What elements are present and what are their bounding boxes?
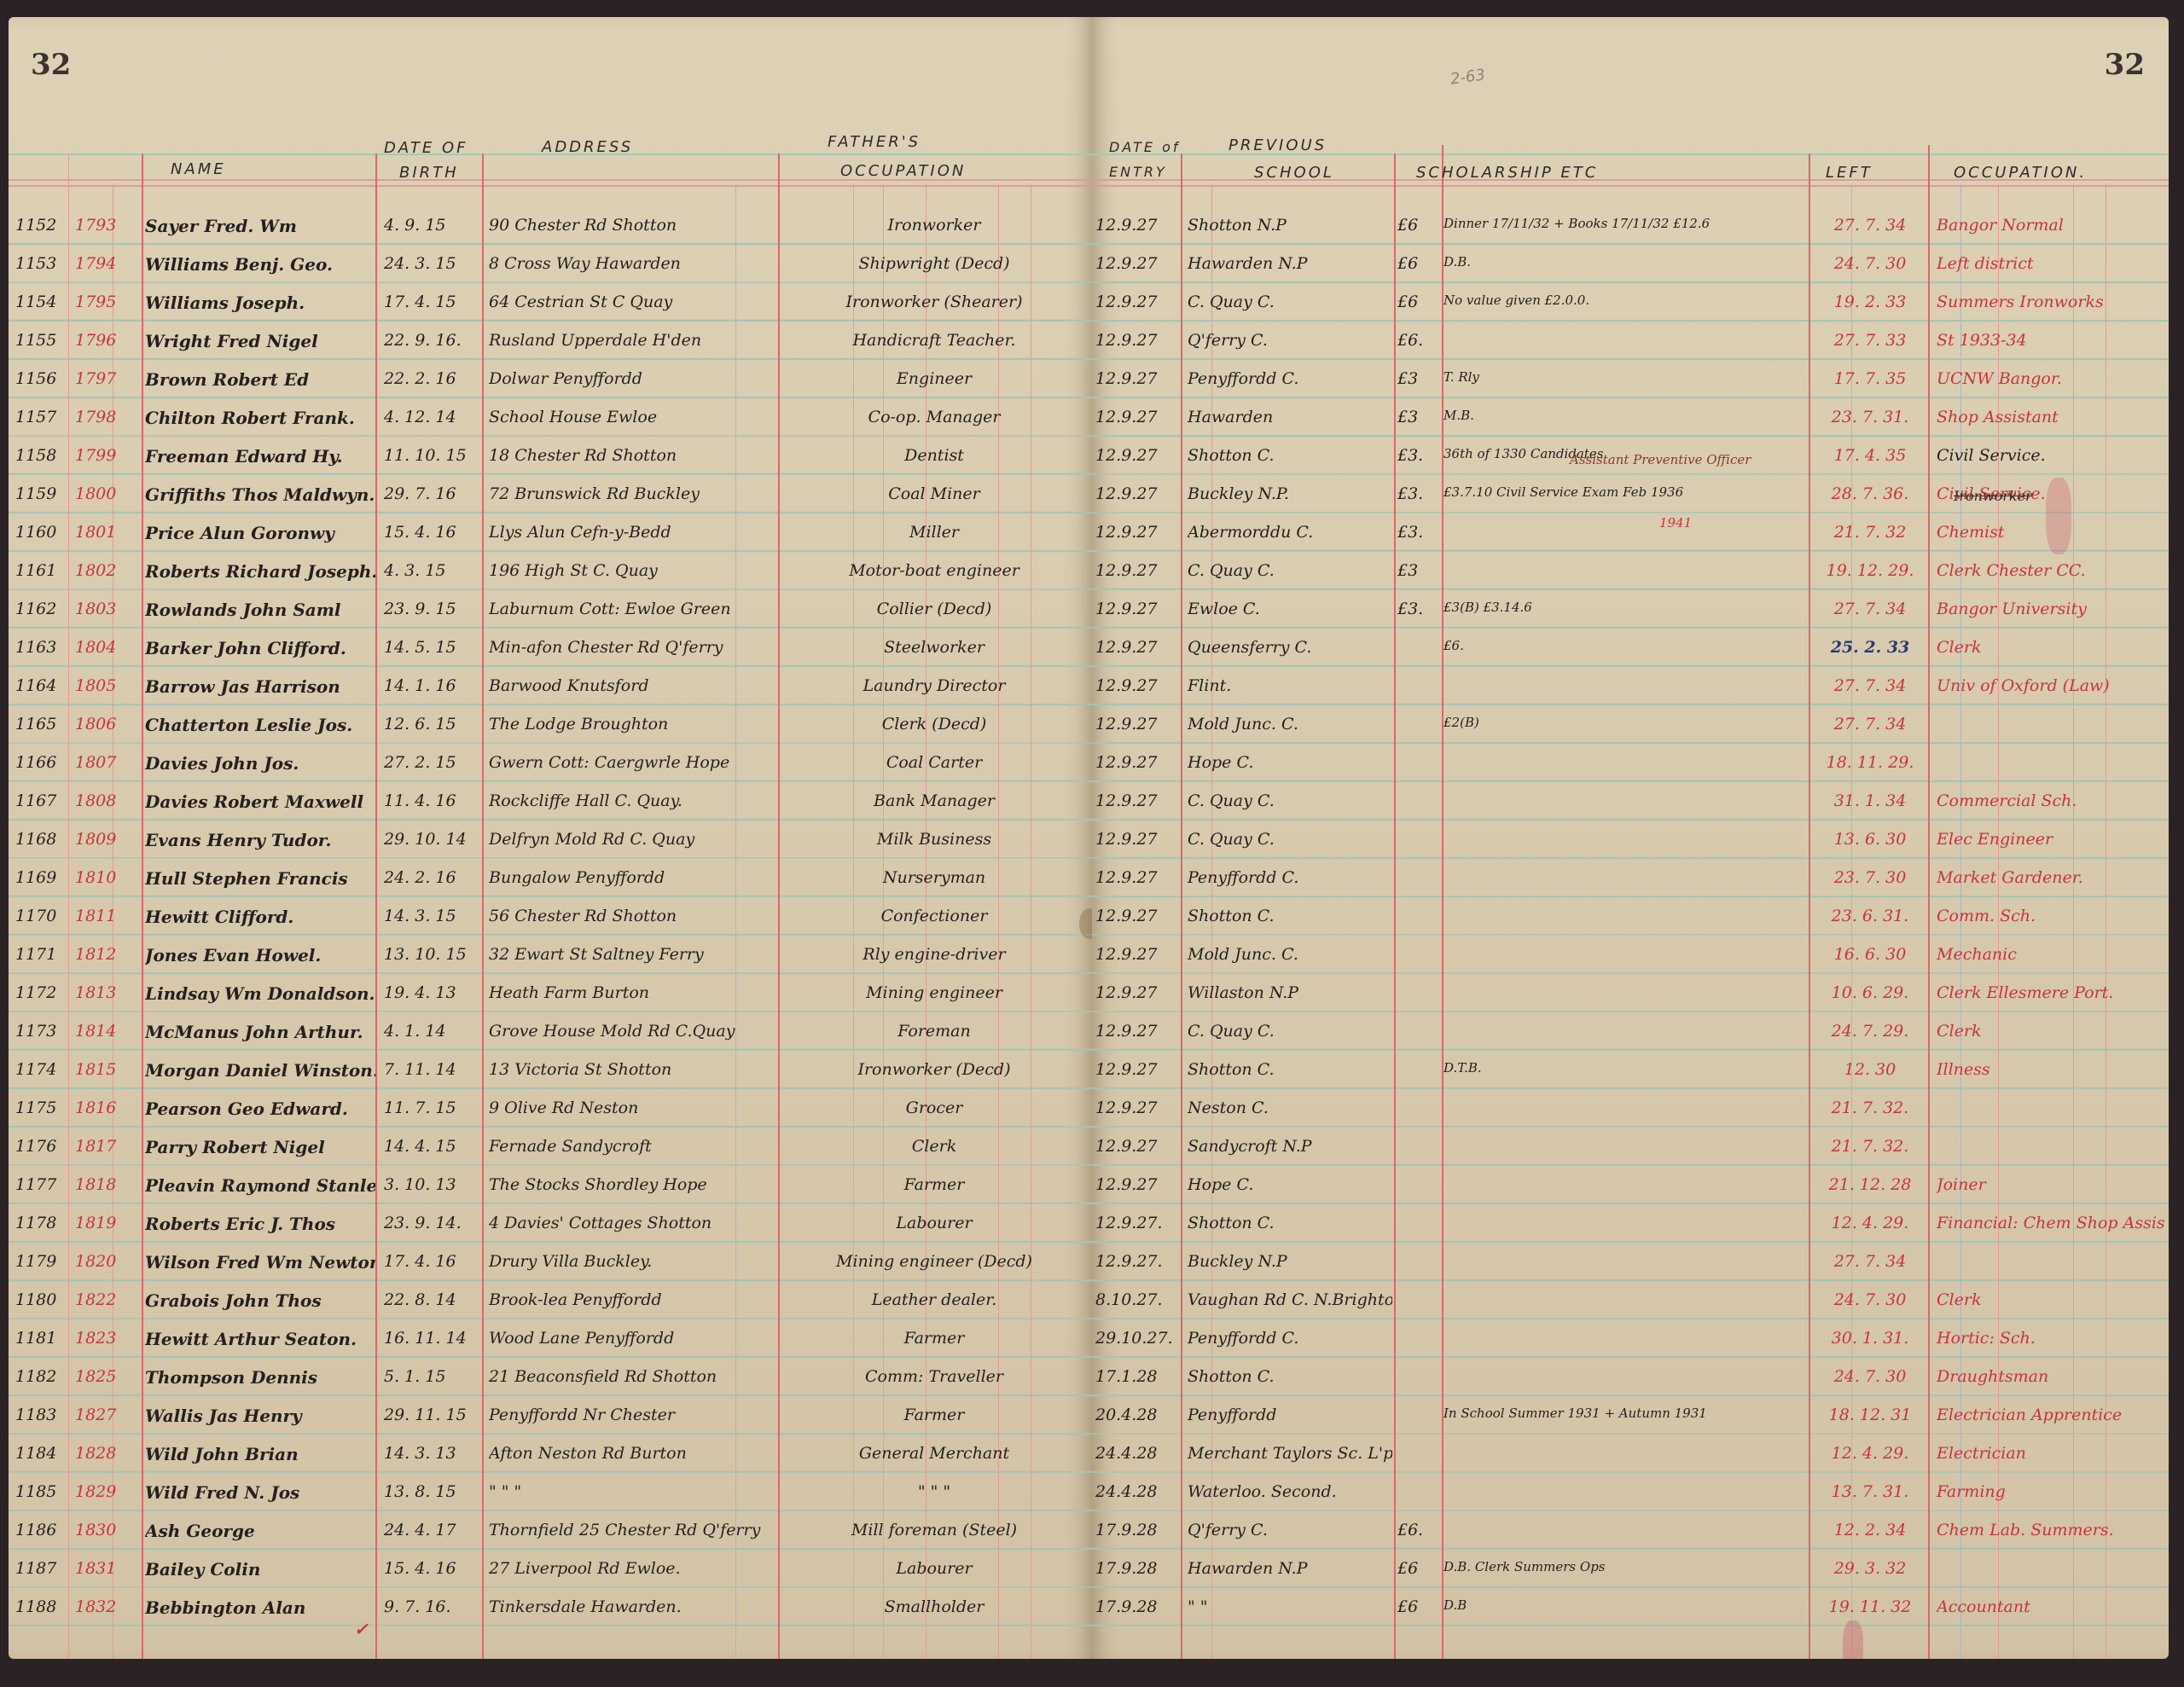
table-row: 11841828Wild John Brian14. 3. 13Afton Ne… bbox=[9, 1437, 1092, 1475]
subsequent-occupation: Elec Engineer bbox=[1937, 830, 2165, 849]
date-left: 29. 3. 32 bbox=[1810, 1559, 1930, 1578]
pupil-name: Wright Fred Nigel bbox=[145, 331, 375, 351]
date-of-entry: 12.9.27 bbox=[1095, 561, 1181, 580]
annotation-struck-occupation: Ironworker bbox=[1954, 488, 2032, 504]
date-left: 21. 7. 32. bbox=[1810, 1099, 1930, 1117]
father-occupation: Mining engineer bbox=[789, 983, 1079, 1002]
previous-school: Willaston N.P bbox=[1188, 983, 1392, 1002]
date-of-birth: 14. 1. 16 bbox=[384, 676, 479, 695]
admission-number: 1806 bbox=[75, 715, 142, 733]
date-of-birth: 11. 10. 15 bbox=[384, 446, 479, 465]
father-occupation: Engineer bbox=[789, 369, 1079, 388]
register-number: 1187 bbox=[15, 1559, 68, 1578]
date-of-entry: 12.9.27 bbox=[1095, 600, 1181, 618]
previous-school: Hawarden N.P bbox=[1188, 1559, 1392, 1578]
subsequent-occupation: Mechanic bbox=[1937, 945, 2165, 964]
date-of-entry: 17.9.28 bbox=[1095, 1597, 1181, 1616]
father-occupation: Coal Miner bbox=[789, 484, 1079, 503]
pupil-name: Roberts Eric J. Thos bbox=[145, 1214, 375, 1234]
fee: £6 bbox=[1397, 293, 1440, 311]
date-of-birth: 4. 3. 15 bbox=[384, 561, 479, 580]
admission-number: 1805 bbox=[75, 676, 142, 695]
date-of-birth: 29. 7. 16 bbox=[384, 484, 479, 503]
father-occupation: Miller bbox=[789, 523, 1079, 542]
previous-school: Abermorddu C. bbox=[1188, 523, 1392, 542]
date-of-birth: 13. 8. 15 bbox=[384, 1482, 479, 1501]
date-of-entry: 12.9.27 bbox=[1095, 638, 1181, 657]
previous-school: Hawarden bbox=[1188, 408, 1392, 426]
pupil-name: Pleavin Raymond Stanley bbox=[145, 1175, 375, 1196]
table-row: 12.9.27.Buckley N.P27. 7. 34 bbox=[1092, 1245, 2169, 1284]
red-ink-blot bbox=[2046, 478, 2071, 554]
register-number: 1171 bbox=[15, 945, 68, 964]
date-left: 19. 11. 32 bbox=[1810, 1597, 1930, 1616]
father-occupation: Confectioner bbox=[789, 907, 1079, 925]
table-row: 12.9.27.Shotton C.12. 4. 29.Financial: C… bbox=[1092, 1207, 2169, 1245]
table-row: 11771818Pleavin Raymond Stanley3. 10. 13… bbox=[9, 1168, 1092, 1207]
date-left: 19. 2. 33 bbox=[1810, 293, 1930, 311]
date-of-entry: 12.9.27 bbox=[1095, 369, 1181, 388]
date-of-birth: 24. 2. 16 bbox=[384, 868, 479, 887]
table-row: 11671808Davies Robert Maxwell11. 4. 16Ro… bbox=[9, 785, 1092, 823]
table-row: 12.9.27Ewloe C.£3.£3(B) £3.14.627. 7. 34… bbox=[1092, 593, 2169, 631]
register-number: 1178 bbox=[15, 1214, 68, 1232]
pupil-name: Parry Robert Nigel bbox=[145, 1137, 375, 1157]
register-number: 1164 bbox=[15, 676, 68, 695]
scholarship: £2(B) bbox=[1443, 715, 1810, 730]
table-row: 12.9.27Willaston N.P10. 6. 29.Clerk Elle… bbox=[1092, 977, 2169, 1015]
subsequent-occupation: Summers Ironworks bbox=[1937, 293, 2165, 311]
date-left: 12. 4. 29. bbox=[1810, 1214, 1930, 1232]
admission-number: 1825 bbox=[75, 1367, 142, 1386]
admission-number: 1815 bbox=[75, 1060, 142, 1079]
date-of-birth: 3. 10. 13 bbox=[384, 1175, 479, 1194]
father-occupation: Coal Carter bbox=[789, 753, 1079, 772]
table-row: 11711812Jones Evan Howel.13. 10. 1532 Ew… bbox=[9, 938, 1092, 977]
previous-school: Hope C. bbox=[1188, 1175, 1392, 1194]
table-row: 11561797Brown Robert Ed22. 2. 16Dolwar P… bbox=[9, 362, 1092, 401]
date-left: 27. 7. 34 bbox=[1810, 600, 1930, 618]
fee: £6. bbox=[1397, 1521, 1440, 1539]
admission-number: 1807 bbox=[75, 753, 142, 772]
father-occupation: General Merchant bbox=[789, 1444, 1079, 1463]
register-number: 1156 bbox=[15, 369, 68, 388]
admission-number: 1793 bbox=[75, 216, 142, 235]
scholarship: In School Summer 1931 + Autumn 1931 bbox=[1443, 1406, 1810, 1421]
register-number: 1181 bbox=[15, 1329, 68, 1348]
table-row: 11641805Barrow Jas Harrison14. 1. 16Barw… bbox=[9, 670, 1092, 708]
column-header-address: ADDRESS bbox=[542, 138, 633, 156]
previous-school: Merchant Taylors Sc. L'pool. bbox=[1188, 1444, 1392, 1463]
address: Dolwar Penyffordd bbox=[489, 369, 779, 388]
subsequent-occupation: Market Gardener. bbox=[1937, 868, 2165, 887]
date-of-entry: 12.9.27. bbox=[1095, 1214, 1181, 1232]
subsequent-occupation: Electrician bbox=[1937, 1444, 2165, 1463]
scholarship: £3(B) £3.14.6 bbox=[1443, 600, 1810, 615]
date-of-birth: 12. 6. 15 bbox=[384, 715, 479, 733]
header-double-red-rule bbox=[9, 179, 1092, 187]
date-of-birth: 4. 9. 15 bbox=[384, 216, 479, 235]
red-mark: ✓ bbox=[354, 1619, 369, 1639]
pupil-name: Grabois John Thos bbox=[145, 1290, 375, 1311]
table-row: 11761817Parry Robert Nigel14. 4. 15Ferna… bbox=[9, 1130, 1092, 1168]
date-of-birth: 23. 9. 14. bbox=[384, 1214, 479, 1232]
previous-school: Penyffordd C. bbox=[1188, 868, 1392, 887]
date-left: 18. 12. 31 bbox=[1810, 1406, 1930, 1424]
previous-school: Shotton C. bbox=[1188, 1060, 1392, 1079]
date-of-birth: 24. 4. 17 bbox=[384, 1521, 479, 1539]
admission-number: 1798 bbox=[75, 408, 142, 426]
date-left: 27. 7. 34 bbox=[1810, 1252, 1930, 1271]
column-header-left: LEFT bbox=[1826, 164, 1873, 182]
address: 64 Cestrian St C Quay bbox=[489, 293, 779, 311]
address: The Lodge Broughton bbox=[489, 715, 779, 733]
pupil-name: Williams Joseph. bbox=[145, 293, 375, 313]
register-number: 1176 bbox=[15, 1137, 68, 1156]
table-row: 11871831Bailey Colin15. 4. 1627 Liverpoo… bbox=[9, 1552, 1092, 1591]
table-row: 11701811Hewitt Clifford.14. 3. 1556 Ches… bbox=[9, 900, 1092, 938]
register-number: 1153 bbox=[15, 254, 68, 273]
table-row: 11781819Roberts Eric J. Thos23. 9. 14.4 … bbox=[9, 1207, 1092, 1245]
register-number: 1154 bbox=[15, 293, 68, 311]
admission-number: 1830 bbox=[75, 1521, 142, 1539]
table-row: 11721813Lindsay Wm Donaldson.19. 4. 13He… bbox=[9, 977, 1092, 1015]
date-of-entry: 12.9.27 bbox=[1095, 1060, 1181, 1079]
previous-school: Queensferry C. bbox=[1188, 638, 1392, 657]
table-row: 12.9.27C. Quay C.31. 1. 34Commercial Sch… bbox=[1092, 785, 2169, 823]
subsequent-occupation: Commercial Sch. bbox=[1937, 791, 2165, 810]
pupil-name: Lindsay Wm Donaldson. bbox=[145, 983, 375, 1004]
pupil-name: Barker John Clifford. bbox=[145, 638, 375, 658]
date-of-birth: 24. 3. 15 bbox=[384, 254, 479, 273]
table-row: 11611802Roberts Richard Joseph.4. 3. 151… bbox=[9, 554, 1092, 593]
previous-school: Buckley N.P bbox=[1188, 1252, 1392, 1271]
left-page: 32 NAME DATE OF BIRTH ADDRESS FATHER'S O… bbox=[9, 17, 1092, 1659]
date-of-entry: 12.9.27 bbox=[1095, 945, 1181, 964]
table-row: 11621803Rowlands John Saml23. 9. 15Labur… bbox=[9, 593, 1092, 631]
subsequent-occupation: Joiner bbox=[1937, 1175, 2165, 1194]
pupil-name: Roberts Richard Joseph. bbox=[145, 561, 375, 582]
table-row: 12.9.27Hawarden N.P£6D.B.24. 7. 30Left d… bbox=[1092, 247, 2169, 286]
previous-school: Shotton C. bbox=[1188, 1214, 1392, 1232]
admission-number: 1820 bbox=[75, 1252, 142, 1271]
date-left: 31. 1. 34 bbox=[1810, 791, 1930, 810]
pupil-name: Ash George bbox=[145, 1521, 375, 1541]
pupil-name: Freeman Edward Hy. bbox=[145, 446, 375, 467]
subsequent-occupation: Clerk Ellesmere Port. bbox=[1937, 983, 2165, 1002]
admission-number: 1822 bbox=[75, 1290, 142, 1309]
previous-school: Penyffordd C. bbox=[1188, 369, 1392, 388]
fee: £3 bbox=[1397, 369, 1440, 388]
pupil-name: Chatterton Leslie Jos. bbox=[145, 715, 375, 735]
address: Wood Lane Penyffordd bbox=[489, 1329, 779, 1348]
fee: £3. bbox=[1397, 523, 1440, 542]
date-of-entry: 17.1.28 bbox=[1095, 1367, 1181, 1386]
register-number: 1167 bbox=[15, 791, 68, 810]
date-of-entry: 24.4.28 bbox=[1095, 1444, 1181, 1463]
address: Llys Alun Cefn-y-Bedd bbox=[489, 523, 779, 542]
previous-school: Hawarden N.P bbox=[1188, 254, 1392, 273]
date-of-entry: 12.9.27 bbox=[1095, 715, 1181, 733]
admission-number: 1796 bbox=[75, 331, 142, 350]
pupil-name: Sayer Fred. Wm bbox=[145, 216, 375, 236]
father-occupation: Grocer bbox=[789, 1099, 1079, 1117]
register-number: 1174 bbox=[15, 1060, 68, 1079]
previous-school: Waterloo. Second. bbox=[1188, 1482, 1392, 1501]
previous-school: Penyffordd bbox=[1188, 1406, 1392, 1424]
date-of-birth: 17. 4. 16 bbox=[384, 1252, 479, 1271]
address: 90 Chester Rd Shotton bbox=[489, 216, 779, 235]
admission-number: 1800 bbox=[75, 484, 142, 503]
father-occupation: Leather dealer. bbox=[789, 1290, 1079, 1309]
date-of-entry: 12.9.27 bbox=[1095, 676, 1181, 695]
admission-number: 1795 bbox=[75, 293, 142, 311]
register-number: 1152 bbox=[15, 216, 68, 235]
subsequent-occupation: Hortic: Sch. bbox=[1937, 1329, 2165, 1348]
register-number: 1175 bbox=[15, 1099, 68, 1117]
father-occupation: Shipwright (Decd) bbox=[789, 254, 1079, 273]
admission-number: 1823 bbox=[75, 1329, 142, 1348]
father-occupation: Bank Manager bbox=[789, 791, 1079, 810]
register-number: 1186 bbox=[15, 1521, 68, 1539]
father-occupation: Labourer bbox=[789, 1559, 1079, 1578]
date-left: 24. 7. 30 bbox=[1810, 1367, 1930, 1386]
admission-number: 1799 bbox=[75, 446, 142, 465]
admission-number: 1817 bbox=[75, 1137, 142, 1156]
register-number: 1169 bbox=[15, 868, 68, 887]
date-left: 17. 7. 35 bbox=[1810, 369, 1930, 388]
table-row: 12.9.27Sandycroft N.P21. 7. 32. bbox=[1092, 1130, 2169, 1168]
previous-school: C. Quay C. bbox=[1188, 830, 1392, 849]
father-occupation: Labourer bbox=[789, 1214, 1079, 1232]
register-number: 1188 bbox=[15, 1597, 68, 1616]
fee: £3. bbox=[1397, 446, 1440, 465]
date-of-entry: 12.9.27 bbox=[1095, 293, 1181, 311]
address: Delfryn Mold Rd C. Quay bbox=[489, 830, 779, 849]
column-header-school-top: PREVIOUS bbox=[1228, 136, 1327, 154]
father-occupation: Farmer bbox=[789, 1406, 1079, 1424]
admission-number: 1813 bbox=[75, 983, 142, 1002]
previous-school: C. Quay C. bbox=[1188, 293, 1392, 311]
table-row: 11631804Barker John Clifford.14. 5. 15Mi… bbox=[9, 631, 1092, 670]
pupil-name: Bailey Colin bbox=[145, 1559, 375, 1580]
previous-school: Shotton C. bbox=[1188, 446, 1392, 465]
pupil-name: Wallis Jas Henry bbox=[145, 1406, 375, 1426]
register-number: 1177 bbox=[15, 1175, 68, 1194]
pupil-name: Price Alun Goronwy bbox=[145, 523, 375, 543]
date-of-entry: 12.9.27 bbox=[1095, 830, 1181, 849]
admission-number: 1828 bbox=[75, 1444, 142, 1463]
previous-school: C. Quay C. bbox=[1188, 1022, 1392, 1041]
previous-school: Mold Junc. C. bbox=[1188, 945, 1392, 964]
address: Laburnum Cott: Ewloe Green bbox=[489, 600, 779, 618]
table-row: 17.1.28Shotton C.24. 7. 30Draughtsman bbox=[1092, 1360, 2169, 1399]
date-of-birth: 16. 11. 14 bbox=[384, 1329, 479, 1348]
right-page-number: 32 bbox=[2105, 48, 2145, 82]
pupil-name: Wild Fred N. Jos bbox=[145, 1482, 375, 1503]
pupil-name: Bebbington Alan bbox=[145, 1597, 375, 1618]
table-row: 11861830Ash George24. 4. 17Thornfield 25… bbox=[9, 1514, 1092, 1552]
table-row: 12.9.27Neston C.21. 7. 32. bbox=[1092, 1092, 2169, 1130]
date-of-entry: 12.9.27 bbox=[1095, 1175, 1181, 1194]
date-left: 23. 6. 31. bbox=[1810, 907, 1930, 925]
column-header-dob-top: DATE OF bbox=[384, 139, 468, 157]
register-number: 1159 bbox=[15, 484, 68, 503]
table-row: 11731814McManus John Arthur.4. 1. 14Grov… bbox=[9, 1015, 1092, 1053]
annotation-assistant-preventive-officer: Assistant Preventive Officer bbox=[1570, 452, 1751, 467]
pupil-name: Hull Stephen Francis bbox=[145, 868, 375, 889]
date-left: 28. 7. 36. bbox=[1810, 484, 1930, 503]
pencil-note: 2-63 bbox=[1449, 66, 1486, 88]
subsequent-occupation: Illness bbox=[1937, 1060, 2165, 1079]
pupil-name: Rowlands John Saml bbox=[145, 600, 375, 620]
father-occupation: Motor-boat engineer bbox=[789, 561, 1079, 580]
subsequent-occupation: Clerk Chester CC. bbox=[1937, 561, 2165, 580]
admission-number: 1802 bbox=[75, 561, 142, 580]
date-of-birth: 17. 4. 15 bbox=[384, 293, 479, 311]
table-row: 11681809Evans Henry Tudor.29. 10. 14Delf… bbox=[9, 823, 1092, 861]
table-row: 29.10.27.Penyffordd C.30. 1. 31.Hortic: … bbox=[1092, 1322, 2169, 1360]
date-of-birth: 13. 10. 15 bbox=[384, 945, 479, 964]
subsequent-occupation: Left district bbox=[1937, 254, 2165, 273]
pupil-name: Wild John Brian bbox=[145, 1444, 375, 1464]
scholarship: Dinner 17/11/32 + Books 17/11/32 £12.6 bbox=[1443, 216, 1810, 231]
father-occupation: Smallholder bbox=[789, 1597, 1079, 1616]
admission-number: 1794 bbox=[75, 254, 142, 273]
table-row: 24.4.28Merchant Taylors Sc. L'pool.12. 4… bbox=[1092, 1437, 2169, 1475]
address: Grove House Mold Rd C.Quay bbox=[489, 1022, 779, 1041]
admission-number: 1803 bbox=[75, 600, 142, 618]
admission-number: 1832 bbox=[75, 1597, 142, 1616]
date-left: 25. 2. 33 bbox=[1810, 638, 1930, 657]
address: Min-afon Chester Rd Q'ferry bbox=[489, 638, 779, 657]
father-occupation: Ironworker (Shearer) bbox=[789, 293, 1079, 311]
column-header-father-bottom: OCCUPATION bbox=[840, 162, 966, 180]
pupil-name: Williams Benj. Geo. bbox=[145, 254, 375, 275]
table-row: 11581799Freeman Edward Hy.11. 10. 1518 C… bbox=[9, 439, 1092, 478]
pupil-name: Hewitt Arthur Seaton. bbox=[145, 1329, 375, 1349]
address: 13 Victoria St Shotton bbox=[489, 1060, 779, 1079]
subsequent-occupation: St 1933-34 bbox=[1937, 331, 2165, 350]
address: " " " bbox=[489, 1482, 779, 1501]
subsequent-occupation: Bangor Normal bbox=[1937, 216, 2165, 235]
admission-number: 1810 bbox=[75, 868, 142, 887]
previous-school: Hope C. bbox=[1188, 753, 1392, 772]
column-header-father-top: FATHER'S bbox=[828, 133, 921, 151]
father-occupation: Foreman bbox=[789, 1022, 1079, 1041]
date-left: 16. 6. 30 bbox=[1810, 945, 1930, 964]
previous-school: Neston C. bbox=[1188, 1099, 1392, 1117]
previous-school: Shotton N.P bbox=[1188, 216, 1392, 235]
scholarship: M.B. bbox=[1443, 408, 1810, 423]
admission-number: 1819 bbox=[75, 1214, 142, 1232]
date-of-entry: 17.9.28 bbox=[1095, 1559, 1181, 1578]
address: 32 Ewart St Saltney Ferry bbox=[489, 945, 779, 964]
table-row: 12.9.27C. Quay C.£6No value given £2.0.0… bbox=[1092, 286, 2169, 324]
date-left: 23. 7. 30 bbox=[1810, 868, 1930, 887]
date-left: 30. 1. 31. bbox=[1810, 1329, 1930, 1348]
date-of-entry: 29.10.27. bbox=[1095, 1329, 1181, 1348]
address: The Stocks Shordley Hope bbox=[489, 1175, 779, 1194]
table-row: 11741815Morgan Daniel Winston.7. 11. 141… bbox=[9, 1053, 1092, 1092]
address: 8 Cross Way Hawarden bbox=[489, 254, 779, 273]
red-ink-blot bbox=[1843, 1620, 1863, 1659]
table-row: 12.9.27Shotton N.P£6Dinner 17/11/32 + Bo… bbox=[1092, 209, 2169, 247]
table-row: 20.4.28PenyfforddIn School Summer 1931 +… bbox=[1092, 1399, 2169, 1437]
column-header-entry-bottom: ENTRY bbox=[1109, 164, 1167, 180]
date-of-birth: 22. 8. 14 bbox=[384, 1290, 479, 1309]
father-occupation: Milk Business bbox=[789, 830, 1079, 849]
pupil-name: Thompson Dennis bbox=[145, 1367, 375, 1388]
pupil-name: Evans Henry Tudor. bbox=[145, 830, 375, 850]
admission-number: 1816 bbox=[75, 1099, 142, 1117]
date-of-birth: 15. 4. 16 bbox=[384, 1559, 479, 1578]
father-occupation: Co-op. Manager bbox=[789, 408, 1079, 426]
father-occupation: Laundry Director bbox=[789, 676, 1079, 695]
father-occupation: Nurseryman bbox=[789, 868, 1079, 887]
table-row: 11551796Wright Fred Nigel22. 9. 16.Rusla… bbox=[9, 324, 1092, 362]
father-occupation: Mining engineer (Decd) bbox=[789, 1252, 1079, 1271]
subsequent-occupation: Draughtsman bbox=[1937, 1367, 2165, 1386]
pupil-name: Chilton Robert Frank. bbox=[145, 408, 375, 428]
table-row: 12.9.27Shotton C.23. 6. 31.Comm. Sch. bbox=[1092, 900, 2169, 938]
fee: £3 bbox=[1397, 408, 1440, 426]
address: Tinkersdale Hawarden. bbox=[489, 1597, 779, 1616]
register-number: 1180 bbox=[15, 1290, 68, 1309]
register-number: 1183 bbox=[15, 1406, 68, 1424]
date-of-entry: 12.9.27 bbox=[1095, 791, 1181, 810]
date-of-entry: 12.9.27 bbox=[1095, 907, 1181, 925]
admission-number: 1811 bbox=[75, 907, 142, 925]
address: Drury Villa Buckley. bbox=[489, 1252, 779, 1271]
address: Heath Farm Burton bbox=[489, 983, 779, 1002]
date-left: 19. 12. 29. bbox=[1810, 561, 1930, 580]
register-number: 1184 bbox=[15, 1444, 68, 1463]
date-of-entry: 12.9.27 bbox=[1095, 868, 1181, 887]
table-row: 17.9.28" "£6D.B19. 11. 32Accountant bbox=[1092, 1591, 2169, 1629]
date-of-entry: 12.9.27 bbox=[1095, 331, 1181, 350]
previous-school: Penyffordd C. bbox=[1188, 1329, 1392, 1348]
subsequent-occupation: Civil Service. bbox=[1937, 446, 2165, 465]
table-row: 24.4.28Waterloo. Second.13. 7. 31.Farmin… bbox=[1092, 1475, 2169, 1514]
date-left: 13. 7. 31. bbox=[1810, 1482, 1930, 1501]
scholarship: D.B. bbox=[1443, 254, 1810, 270]
previous-school: Vaughan Rd C. N.Brighton bbox=[1188, 1290, 1392, 1309]
subsequent-occupation: Bangor University bbox=[1937, 600, 2165, 618]
date-of-entry: 12.9.27 bbox=[1095, 1022, 1181, 1041]
date-left: 21. 7. 32 bbox=[1810, 523, 1930, 542]
date-left: 12. 2. 34 bbox=[1810, 1521, 1930, 1539]
date-of-entry: 12.9.27 bbox=[1095, 408, 1181, 426]
date-left: 12. 4. 29. bbox=[1810, 1444, 1930, 1463]
date-of-birth: 9. 7. 16. bbox=[384, 1597, 479, 1616]
table-row: 12.9.27C. Quay C.£319. 12. 29.Clerk Ches… bbox=[1092, 554, 2169, 593]
date-of-birth: 11. 4. 16 bbox=[384, 791, 479, 810]
date-left: 27. 7. 33 bbox=[1810, 331, 1930, 350]
address: Gwern Cott: Caergwrle Hope bbox=[489, 753, 779, 772]
date-of-birth: 22. 9. 16. bbox=[384, 331, 479, 350]
date-of-entry: 12.9.27 bbox=[1095, 983, 1181, 1002]
register-number: 1168 bbox=[15, 830, 68, 849]
address: Rusland Upperdale H'den bbox=[489, 331, 779, 350]
register-number: 1173 bbox=[15, 1022, 68, 1041]
table-row: 12.9.27Queensferry C.£6.25. 2. 33Clerk bbox=[1092, 631, 2169, 670]
register-number: 1182 bbox=[15, 1367, 68, 1386]
table-row: 12.9.27Hope C.18. 11. 29. bbox=[1092, 746, 2169, 785]
address: Barwood Knutsford bbox=[489, 676, 779, 695]
date-left: 10. 6. 29. bbox=[1810, 983, 1930, 1002]
table-row: 11651806Chatterton Leslie Jos.12. 6. 15T… bbox=[9, 708, 1092, 746]
